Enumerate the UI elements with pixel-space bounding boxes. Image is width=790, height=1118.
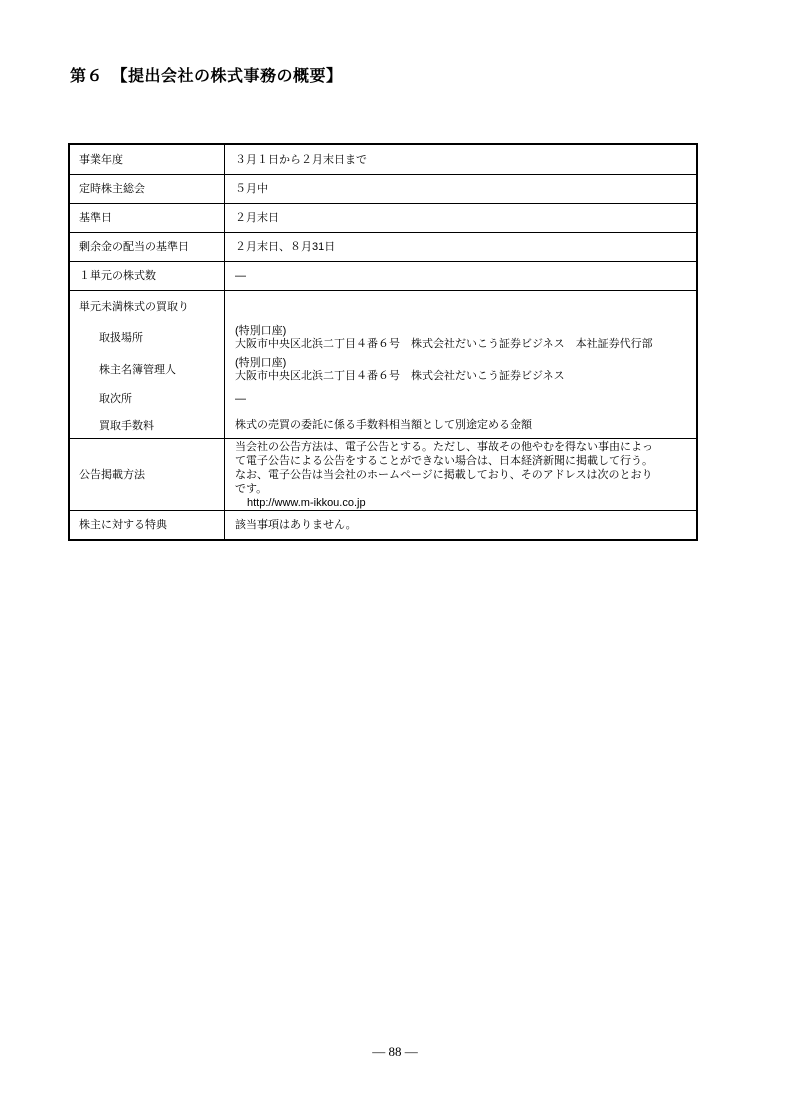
purchase-fee-value: 株式の売買の委託に係る手数料相当額として別途定める金額 — [235, 419, 696, 432]
sub-value-registry-administrator: (特別口座) 大阪市中央区北浜二丁目４番６号 株式会社だいこう証券ビジネス — [225, 354, 696, 386]
row-value-general-meeting: ５月中 — [225, 174, 696, 203]
row-value-dividend-record-date: ２月末日、８月31日 — [225, 232, 696, 261]
sub-value-purchase-fee: 株式の売買の委託に係る手数料相当額として別途定める金額 — [225, 412, 696, 438]
odd-lot-purchase-value-cell: (特別口座) 大阪市中央区北浜二丁目４番６号 株式会社だいこう証券ビジネス 本社… — [225, 290, 696, 438]
row-label-fiscal-year: 事業年度 — [70, 145, 225, 174]
public-notice-line: て電子公告による公告をすることができない場合は、日本経済新聞に掲載して行う。 — [235, 454, 653, 468]
row-label-public-notice: 公告掲載方法 — [70, 438, 225, 510]
registry-administrator-address: 大阪市中央区北浜二丁目４番６号 株式会社だいこう証券ビジネス — [235, 370, 696, 383]
row-value-shareholder-benefits: 該当事項はありません。 — [225, 510, 696, 539]
row-label-share-unit: １単元の株式数 — [70, 261, 225, 290]
sub-label-purchase-fee: 買取手数料 — [70, 412, 224, 438]
row-value-public-notice: 当会社の公告方法は、電子公告とする。ただし、事故その他やむを得ない事由によっ て… — [225, 438, 696, 510]
row-label-record-date: 基準日 — [70, 203, 225, 232]
public-notice-line: です。 — [235, 482, 267, 496]
public-notice-line: なお、電子公告は当会社のホームページに掲載しており、そのアドレスは次のとおり — [235, 468, 652, 482]
sub-value-handling-office: (特別口座) 大阪市中央区北浜二丁目４番６号 株式会社だいこう証券ビジネス 本社… — [225, 322, 696, 354]
row-label-shareholder-benefits: 株主に対する特典 — [70, 510, 225, 539]
public-notice-url: http://www.m-ikkou.co.jp — [235, 496, 366, 510]
row-label-dividend-record-date: 剰余金の配当の基準日 — [70, 232, 225, 261]
public-notice-line: 当会社の公告方法は、電子公告とする。ただし、事故その他やむを得ない事由によっ — [235, 440, 653, 454]
special-account-note: (特別口座) — [235, 325, 696, 338]
odd-lot-purchase-label-cell: 単元未満株式の買取り 取扱場所 株主名簿管理人 取次所 買取手数料 — [70, 290, 225, 438]
handling-office-address: 大阪市中央区北浜二丁目４番６号 株式会社だいこう証券ビジネス 本社証券代行部 — [235, 338, 696, 351]
document-page: 第６ 【提出会社の株式事務の概要】 事業年度 ３月１日から２月末日まで 定時株主… — [0, 0, 790, 1118]
special-account-note: (特別口座) — [235, 357, 696, 370]
odd-lot-spacer — [225, 291, 696, 322]
row-label-odd-lot-purchase: 単元未満株式の買取り — [70, 291, 224, 322]
sub-value-transfer-agent: ― — [225, 386, 696, 412]
row-label-general-meeting: 定時株主総会 — [70, 174, 225, 203]
footer-page-number: ― 88 ― — [0, 1044, 790, 1060]
row-value-fiscal-year: ３月１日から２月末日まで — [225, 145, 696, 174]
page-title: 第６ 【提出会社の株式事務の概要】 — [70, 63, 343, 86]
row-value-record-date: ２月末日 — [225, 203, 696, 232]
row-value-share-unit: ― — [225, 261, 696, 290]
share-admin-table: 事業年度 ３月１日から２月末日まで 定時株主総会 ５月中 基準日 ２月末日 剰余… — [68, 143, 698, 541]
sub-label-handling-office: 取扱場所 — [70, 322, 224, 354]
transfer-agent-value: ― — [235, 393, 696, 406]
sub-label-registry-administrator: 株主名簿管理人 — [70, 354, 224, 386]
sub-label-transfer-agent: 取次所 — [70, 386, 224, 412]
